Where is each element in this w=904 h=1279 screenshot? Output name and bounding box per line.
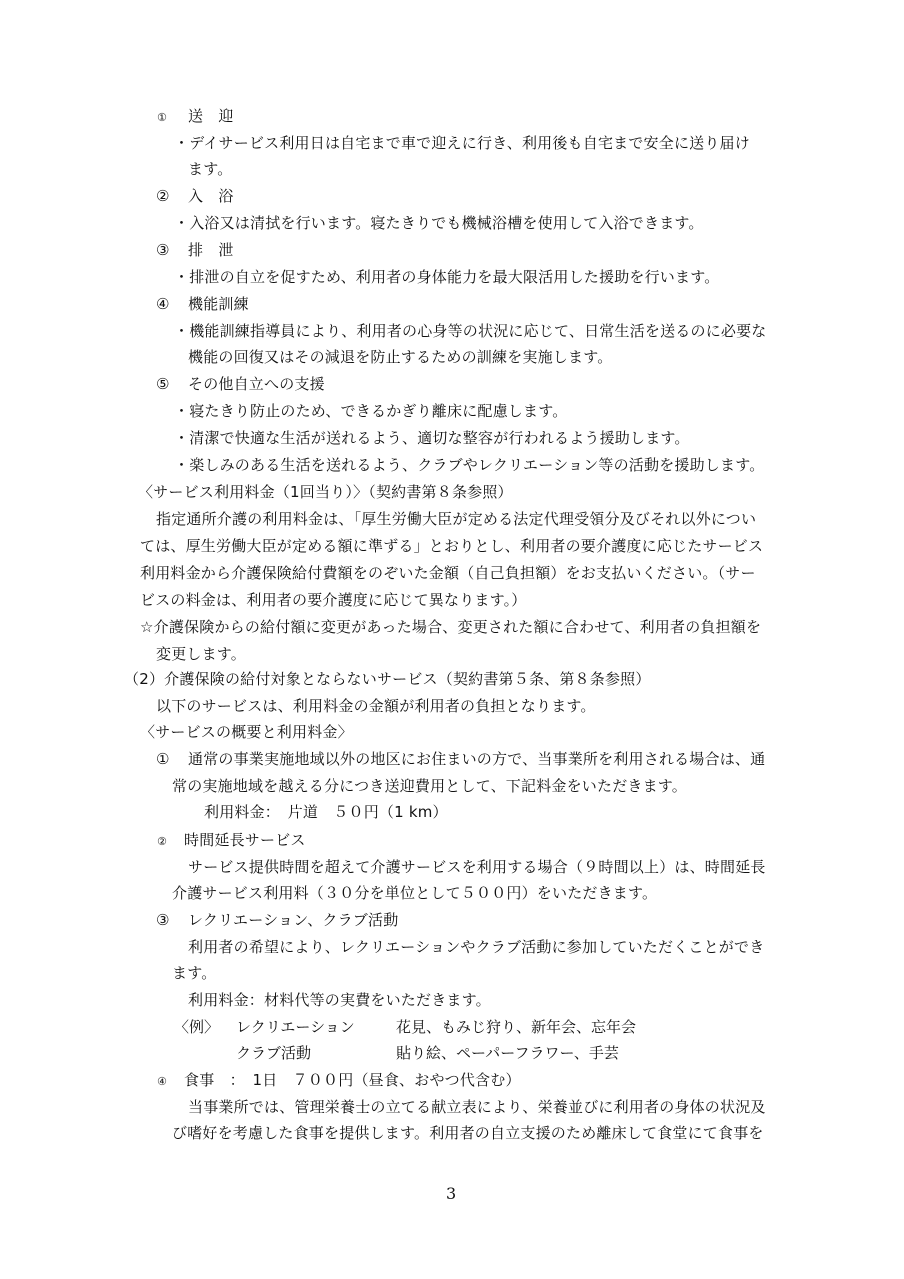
bullet-text: ・排泄の自立を促すため、利用者の身体能力を最大限活用した援助を行います。 — [174, 267, 719, 287]
example-items: 貼り絵、ペーパーフラワー、手芸 — [396, 1043, 619, 1063]
item-marker: ③ — [156, 910, 170, 930]
bullet-text: ・楽しみのある生活を送れるよう、クラブやレクリエーション等の活動を援助します。 — [174, 455, 764, 475]
section2-subheading: 〈サービスの概要と利用料金〉 — [140, 722, 353, 742]
item1-line: 通常の事業実施地域以外の地区にお住まいの方で、当事業所を利用される場合は、通 — [188, 749, 765, 769]
item-marker: ⑤ — [156, 374, 170, 394]
bullet-text-cont: 機能の回復又はその減退を防止するための訓練を実施します。 — [188, 347, 612, 367]
item-title-pickup: 送 迎 — [188, 106, 234, 126]
page-number: 3 — [446, 1184, 456, 1203]
item4-line: び嗜好を考慮した食事を提供します。利用者の自立支援のため離床して食堂にて食事を — [172, 1123, 764, 1143]
item-title-support: その他自立への支援 — [188, 374, 325, 394]
item-marker: ② — [157, 832, 167, 852]
item-marker: ① — [156, 749, 170, 769]
item1-line: 常の実施地域を越える分につき送迎費用として、下記料金をいただきます。 — [172, 776, 687, 796]
item3-line: 利用者の希望により、レクリエーションやクラブ活動に参加していただくことができ — [188, 937, 764, 957]
item3-fee: 利用料金：材料代等の実費をいただきます。 — [188, 990, 491, 1010]
item-marker: ④ — [156, 294, 170, 314]
fee-paragraph-line: 指定通所介護の利用料金は、「厚生労働大臣が定める法定代理受領分及びそれ以外につい — [156, 509, 756, 529]
fee-paragraph-line: 利用料金から介護保険給付費額をのぞいた金額（自己負担額）をお支払いください。（サ… — [140, 563, 756, 583]
example-category: クラブ活動 — [236, 1043, 311, 1063]
item3-line: ます。 — [172, 963, 216, 983]
item-marker: ① — [157, 108, 167, 128]
example-items: 花見、もみじ狩り、新年会、忘年会 — [396, 1017, 636, 1037]
section2-heading: （2）介護保険の給付対象とならないサービス（契約書第５条、第８条参照） — [124, 669, 651, 689]
item4-title: 食事 ： 1日 ７００円（昼食、おやつ代含む） — [184, 1070, 521, 1090]
item-title-training: 機能訓練 — [188, 294, 249, 314]
item-title-bathing: 入 浴 — [188, 186, 234, 206]
bullet-text-cont: ます。 — [188, 159, 232, 179]
fee-paragraph-line: ては、厚生労働大臣が定める額に準ずる」とおりとし、利用者の要介護度に応じたサービ… — [140, 536, 763, 556]
bullet-text: ・デイサービス利用日は自宅まで車で迎えに行き、利用後も自宅まで安全に送り届け — [174, 133, 750, 153]
document-page: ① 送 迎 ・デイサービス利用日は自宅まで車で迎えに行き、利用後も自宅まで安全に… — [0, 0, 904, 1279]
item3-title: レクリエーション、クラブ活動 — [188, 910, 398, 930]
item-marker: ② — [156, 186, 170, 206]
bullet-text: ・機能訓練指導員により、利用者の心身等の状況に応じて、日常生活を送るのに必要な — [174, 321, 767, 341]
example-category: レクリエーション — [236, 1017, 355, 1037]
item-marker: ④ — [157, 1072, 167, 1092]
item-marker: ③ — [156, 240, 170, 260]
item-title-toileting: 排 泄 — [188, 240, 234, 260]
fee-paragraph-line: ビスの料金は、利用者の要介護度に応じて異なります。） — [140, 590, 527, 610]
item1-fee: 利用料金： 片道 ５０円（1 km） — [204, 802, 448, 822]
bullet-text: ・清潔で快適な生活が送れるよう、適切な整容が行われるよう援助します。 — [174, 428, 690, 448]
section2-intro: 以下のサービスは、利用料金の金額が利用者の負担となります。 — [156, 696, 596, 716]
note-line-cont: 変更します。 — [156, 644, 246, 664]
fee-heading: 〈サービス利用料金（1回当り）〉（契約書第８条参照） — [138, 482, 513, 502]
item2-line: サービス提供時間を超えて介護サービスを利用する場合（９時間以上）は、時間延長 — [188, 857, 766, 877]
bullet-text: ・入浴又は清拭を行います。寝たきりでも機械浴槽を使用して入浴できます。 — [174, 213, 704, 233]
example-label: 〈例〉 — [174, 1017, 219, 1037]
item4-line: 当事業所では、管理栄養士の立てる献立表により、栄養並びに利用者の身体の状況及 — [188, 1097, 766, 1117]
item2-title: 時間延長サービス — [184, 830, 306, 850]
bullet-text: ・寝たきり防止のため、できるかぎり離床に配慮します。 — [174, 401, 567, 421]
item2-line: 介護サービス利用料（３０分を単位として５００円）をいただきます。 — [172, 883, 657, 903]
note-line: ☆介護保険からの給付額に変更があった場合、変更された額に合わせて、利用者の負担額… — [140, 617, 761, 637]
